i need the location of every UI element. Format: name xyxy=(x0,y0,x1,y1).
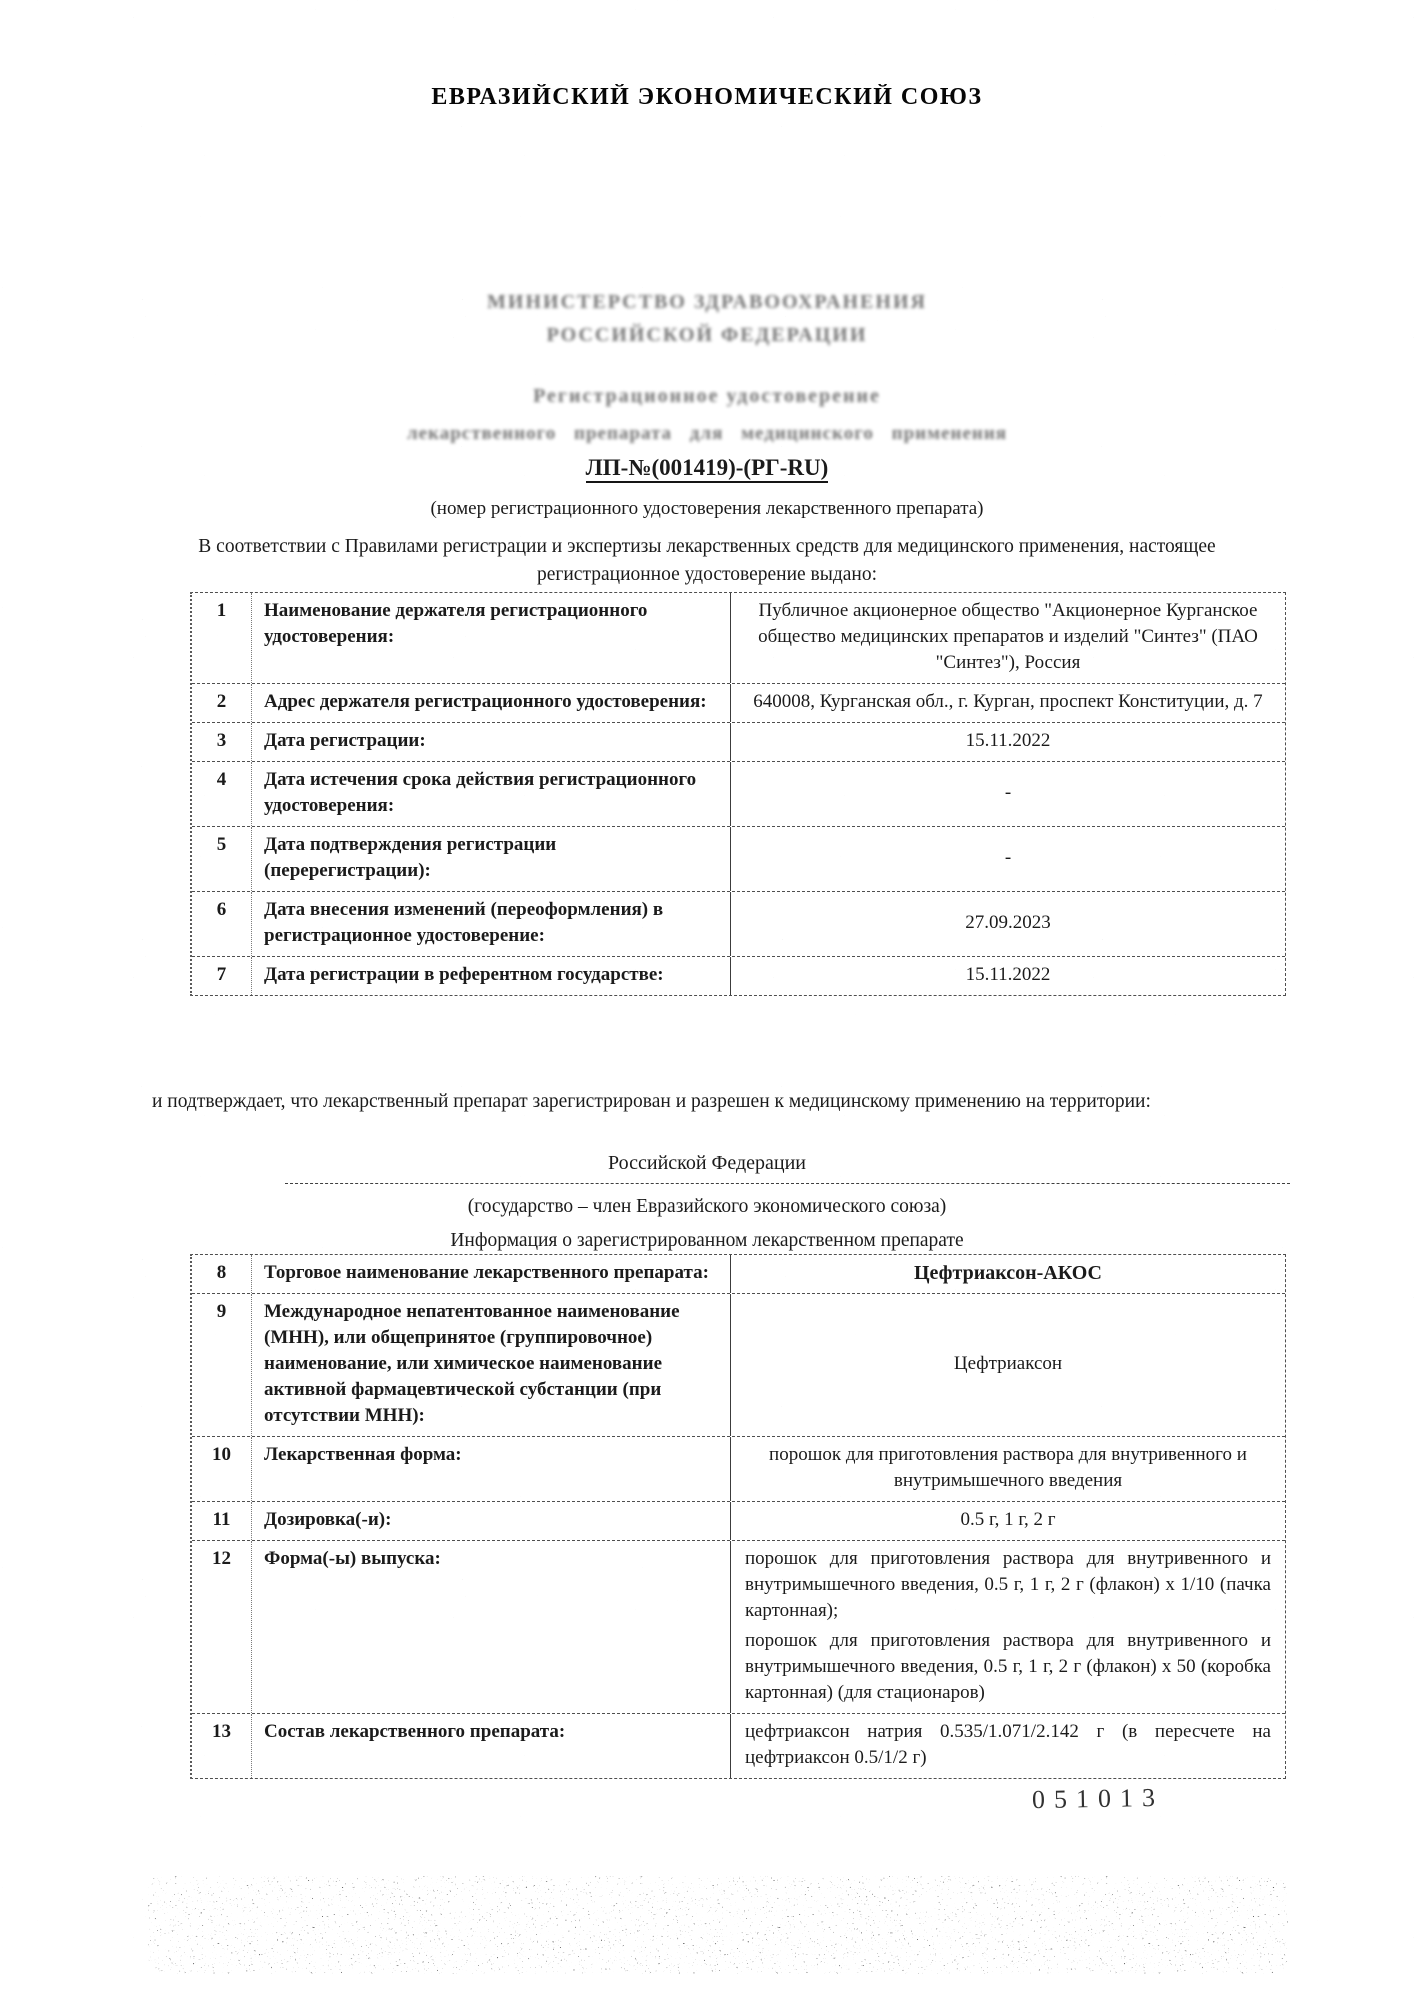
row-label: Состав лекарственного препарата: xyxy=(252,1714,730,1778)
table-row: 11 Дозировка(-и): 0.5 г, 1 г, 2 г xyxy=(192,1501,1285,1540)
release-form-paragraph: порошок для приготовления раствора для в… xyxy=(745,1546,1271,1624)
ministry-heading-illegible: МИНИСТЕРСТВО ЗДРАВООХРАНЕНИЯ РОССИЙСКОЙ … xyxy=(0,286,1414,352)
row-number: 13 xyxy=(192,1714,252,1778)
row-label: Дата подтверждения регистрации (перереги… xyxy=(252,827,730,891)
row-number: 6 xyxy=(192,892,252,956)
row-value: порошок для приготовления раствора для в… xyxy=(730,1437,1285,1501)
row-number: 11 xyxy=(192,1502,252,1540)
intro-paragraph: В соответствии с Правилами регистрации и… xyxy=(167,533,1247,589)
scan-noise-band xyxy=(148,1876,1288,1974)
row-label: Дата внесения изменений (переоформления)… xyxy=(252,892,730,956)
row-label: Форма(-ы) выпуска: xyxy=(252,1541,730,1713)
row-number: 12 xyxy=(192,1541,252,1713)
row-number: 7 xyxy=(192,957,252,995)
table-row: 6 Дата внесения изменений (переоформлени… xyxy=(192,891,1285,956)
row-number: 4 xyxy=(192,762,252,826)
stamp-number: 051013 xyxy=(1032,1783,1165,1815)
row-number: 2 xyxy=(192,684,252,722)
row-label: Дата регистрации в референтном государст… xyxy=(252,957,730,995)
union-title: ЕВРАЗИЙСКИЙ ЭКОНОМИЧЕСКИЙ СОЮЗ xyxy=(0,84,1414,111)
row-label: Адрес держателя регистрационного удостов… xyxy=(252,684,730,722)
table-row: 12 Форма(-ы) выпуска: порошок для пригот… xyxy=(192,1540,1285,1713)
row-value: 15.11.2022 xyxy=(730,957,1285,995)
release-form-paragraph: порошок для приготовления раствора для в… xyxy=(745,1628,1271,1706)
territory-caption: (государство – член Евразийского экономи… xyxy=(0,1196,1414,1218)
row-number: 10 xyxy=(192,1437,252,1501)
territory-fill-line xyxy=(285,1183,1290,1184)
row-value: Цефтриаксон xyxy=(730,1294,1285,1436)
drug-info-table: 8 Торговое наименование лекарственного п… xyxy=(190,1254,1286,1779)
row-value: Публичное акционерное общество "Акционер… xyxy=(730,593,1285,683)
row-label: Дата регистрации: xyxy=(252,723,730,761)
ministry-line-2: РОССИЙСКОЙ ФЕДЕРАЦИИ xyxy=(0,319,1414,352)
registration-number: ЛП-№(001419)-(РГ-RU) xyxy=(0,455,1414,481)
table-row: 10 Лекарственная форма: порошок для приг… xyxy=(192,1436,1285,1501)
row-label: Наименование держателя регистрационного … xyxy=(252,593,730,683)
table-row: 9 Международное непатентованное наименов… xyxy=(192,1293,1285,1436)
row-label: Дата истечения срока действия регистраци… xyxy=(252,762,730,826)
row-number: 5 xyxy=(192,827,252,891)
table-row: 8 Торговое наименование лекарственного п… xyxy=(192,1255,1285,1293)
doc-type-line-1: Регистрационное удостоверение xyxy=(0,378,1414,415)
row-value: цефтриаксон натрия 0.535/1.071/2.142 г (… xyxy=(730,1714,1285,1778)
row-value: 0.5 г, 1 г, 2 г xyxy=(730,1502,1285,1540)
row-value: 640008, Курганская обл., г. Курган, прос… xyxy=(730,684,1285,722)
doc-type-line-2: лекарственного препарата для медицинског… xyxy=(0,415,1414,452)
row-label: Лекарственная форма: xyxy=(252,1437,730,1501)
table-row: 13 Состав лекарственного препарата: цефт… xyxy=(192,1713,1285,1778)
table-row: 1 Наименование держателя регистрационног… xyxy=(192,593,1285,683)
confirmation-paragraph: и подтверждает, что лекарственный препар… xyxy=(152,1086,1286,1117)
row-label: Торговое наименование лекарственного пре… xyxy=(252,1255,730,1293)
document-type-heading-illegible: Регистрационное удостоверение лекарствен… xyxy=(0,378,1414,452)
row-number: 1 xyxy=(192,593,252,683)
table-row: 2 Адрес держателя регистрационного удост… xyxy=(192,683,1285,722)
row-value: порошок для приготовления раствора для в… xyxy=(730,1541,1285,1713)
row-value: - xyxy=(730,762,1285,826)
registration-certificate-page: ЕВРАЗИЙСКИЙ ЭКОНОМИЧЕСКИЙ СОЮЗ МИНИСТЕРС… xyxy=(0,0,1414,2000)
row-label: Дозировка(-и): xyxy=(252,1502,730,1540)
registration-number-caption: (номер регистрационного удостоверения ле… xyxy=(0,498,1414,520)
ministry-line-1: МИНИСТЕРСТВО ЗДРАВООХРАНЕНИЯ xyxy=(0,286,1414,319)
territory-name: Российской Федерации xyxy=(0,1152,1414,1175)
row-value: 27.09.2023 xyxy=(730,892,1285,956)
table-row: 5 Дата подтверждения регистрации (перере… xyxy=(192,826,1285,891)
row-value: Цефтриаксон-АКОС xyxy=(730,1255,1285,1293)
table-row: 3 Дата регистрации: 15.11.2022 xyxy=(192,722,1285,761)
row-value: 15.11.2022 xyxy=(730,723,1285,761)
table-row: 4 Дата истечения срока действия регистра… xyxy=(192,761,1285,826)
row-number: 3 xyxy=(192,723,252,761)
row-number: 9 xyxy=(192,1294,252,1436)
row-value: - xyxy=(730,827,1285,891)
table-row: 7 Дата регистрации в референтном государ… xyxy=(192,956,1285,995)
row-number: 8 xyxy=(192,1255,252,1293)
drug-info-heading: Информация о зарегистрированном лекарств… xyxy=(0,1230,1414,1252)
row-label: Международное непатентованное наименован… xyxy=(252,1294,730,1436)
holder-info-table: 1 Наименование держателя регистрационног… xyxy=(190,592,1286,996)
